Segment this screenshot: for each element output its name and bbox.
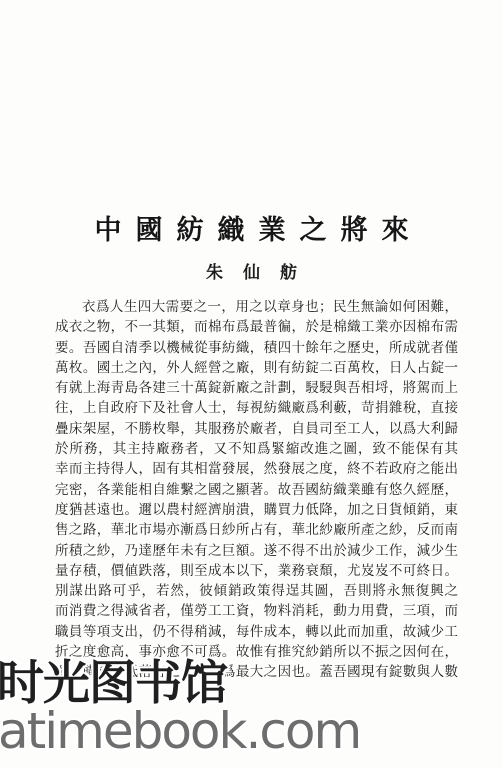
body-line: 所積之紗，乃達歷年未有之巨額。遂不得不出於減少工作，減少生產之一途，免致多 xyxy=(55,541,458,561)
body-line: 售之路，華北市場亦漸爲日紗所占有，華北紗廠所產之紗，反而南來求售，上海一埠 xyxy=(55,520,458,540)
body-line: 量存積，價値跌落，則至成本以下，業務衰頹，尤岌岌不可終日。然則將長此偃伏，不 xyxy=(55,561,458,581)
body-line: 別謀出路可乎，若然，彼傾銷政策得逞其圖，吾則將永無復興之日。況減少工作，因 xyxy=(55,581,458,601)
body-line: 而消費之得減省者，僅勞工工資，物料消耗，動力用費，三項，而利息，保險，捐稅及 xyxy=(55,601,458,621)
body-line: 於所務，其主持廠務者，又不知爲緊縮改進之圖，致不能保有其廠，更易者比比，其 xyxy=(55,439,458,459)
body-line: 往，上自政府下及社會人士，每視紡織廠爲利藪，苛捐雜稅，直接間接徵之於廠者， xyxy=(55,398,458,418)
body-line: 疊床架屋，不勝枚舉，其服務於廠者，自員司至工人，以爲大利歸於廠，每不肯努力 xyxy=(55,419,458,439)
watermark-site-name: 时光图书馆 xyxy=(0,660,227,707)
body-line: 完密，各業能相自維繫之國之顯著。故吾國紡織業雖有悠久經歷，而距衣能自給程 xyxy=(55,480,458,500)
body-line: 要。吾國自清季以機械從事紡織，積四十餘年之歷史，所成就者僅紗錠二百五十餘 xyxy=(55,338,458,358)
body-line: 萬枚。國土之內，外人經營之廠，則有紡錠二百萬枚，日人占錠一百八十萬枚，近且 xyxy=(55,358,458,378)
body-line: 職員等項支出，仍不得稍減，每件成本，轉以此而加重，故減少工作之時期愈久，虧 xyxy=(55,622,458,642)
body-line: 幸而主持得人，固有其相當發展，然發展之度，終不若政府之能出於保護，社會組織 xyxy=(55,459,458,479)
body-line: 衣爲人生四大需要之一，用之以章身也；民生無論如何困難，章身則不可無衣。 xyxy=(55,297,458,317)
body-line: 度猶甚遠也。邇以農村經濟崩潰，購買力低降，加之日貨傾銷，東北三省旣絕華紗銷 xyxy=(55,500,458,520)
scanned-book-page: 中國紡織業之將來 朱仙舫 衣爲人生四大需要之一，用之以章身也；民生無論如何困難，… xyxy=(0,0,503,768)
body-line: 成衣之物，不一其類，而棉布爲最普徧，於是棉織工業亦因棉布需要之殷而愈見重 xyxy=(55,317,458,337)
watermark-site-url: atimebook.com xyxy=(0,704,360,759)
page-title: 中國紡織業之將來 xyxy=(0,208,503,247)
author-name: 朱仙舫 xyxy=(0,258,503,283)
body-line: 有就上海靑島各建三十萬錠新廠之計劃，駸駸與吾相埒，將駕而上之矣。而吾國已 xyxy=(55,378,458,398)
body-text: 衣爲人生四大需要之一，用之以章身也；民生無論如何困難，章身則不可無衣。 成衣之物… xyxy=(55,297,458,683)
